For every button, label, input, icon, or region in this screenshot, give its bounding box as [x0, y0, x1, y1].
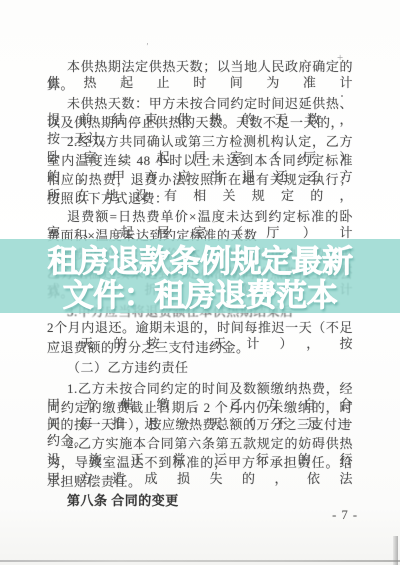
scan-speck: ' — [145, 42, 148, 51]
title-overlay-band: 租房退款条例规定最新 文件：租房退费范本 — [0, 239, 400, 313]
overlay-title-line-2: 文件：租房退费范本 — [0, 279, 400, 313]
document-line: 按照以下方式退费： — [47, 191, 353, 207]
document-line: 第八条 合同的变更 — [47, 493, 353, 509]
document-line: 算。 — [47, 77, 353, 93]
document-line: 应退费额的万分之三支付违约金。 — [47, 340, 353, 356]
photo-edge-shadow — [393, 536, 398, 565]
scan-speck — [341, 95, 343, 97]
document-line: （二）乙方违约责任 — [47, 360, 353, 376]
overlay-title-line-1: 租房退款条例规定最新 — [0, 245, 400, 279]
article-thumbnail: 本供热期法定供热天数；以当地人民政府确定的供热起止时间为准计算。未供热天数：甲方… — [0, 0, 400, 565]
scan-speck: + — [337, 54, 343, 63]
photo-bottom-edge — [0, 560, 400, 562]
document-line: 承担赔偿责任。 — [47, 474, 353, 490]
page-number: - 7 - — [318, 508, 358, 523]
